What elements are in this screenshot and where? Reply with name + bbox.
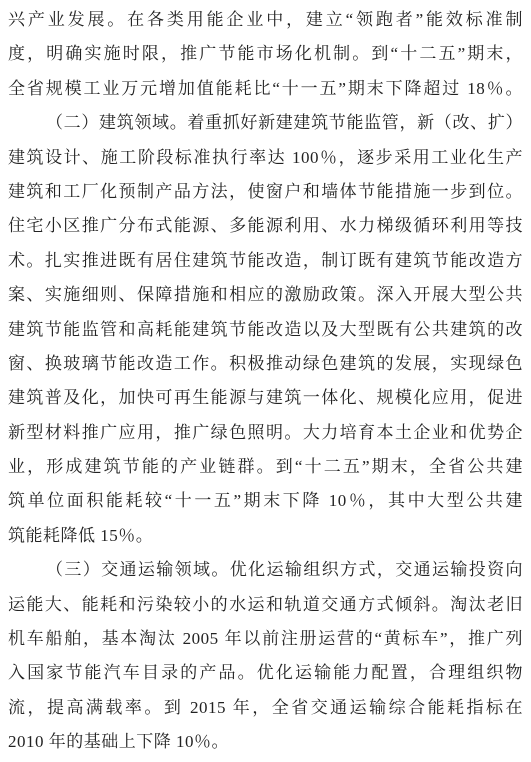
text-line: 建筑节能监管和高耗能建筑节能改造以及大型既有公共建筑的改 <box>8 313 523 347</box>
paragraph-continuation: 兴产业发展。在各类用能企业中，建立“领跑者”能效标准制 度，明确实施时限，推广节… <box>8 3 523 106</box>
document-page: 兴产业发展。在各类用能企业中，建立“领跑者”能效标准制 度，明确实施时限，推广节… <box>0 0 531 762</box>
text-line: 2010 年的基础上下降 10％。 <box>8 725 523 759</box>
text-line: 流，提高满载率。到 2015 年，全省交通运输综合能耗指标在 <box>8 691 523 725</box>
text-line: 建筑普及化，加快可再生能源与建筑一体化、规模化应用，促进 <box>8 381 523 415</box>
text-line: 运能大、能耗和污染较小的水运和轨道交通方式倾斜。淘汰老旧 <box>8 588 523 622</box>
text-line: 兴产业发展。在各类用能企业中，建立“领跑者”能效标准制 <box>8 3 523 37</box>
text-line: 入国家节能汽车目录的产品。优化运输能力配置，合理组织物 <box>8 656 523 690</box>
text-line: 新型材料推广应用，推广绿色照明。大力培育本土企业和优势企 <box>8 416 523 450</box>
text-line: （三）交通运输领域。优化运输组织方式，交通运输投资向 <box>8 553 523 587</box>
text-line: 建筑设计、施工阶段标准执行率达 100％，逐步采用工业化生产 <box>8 141 523 175</box>
text-line: 机车船舶，基本淘汰 2005 年以前注册运营的“黄标车”，推广列 <box>8 622 523 656</box>
text-line: 住宅小区推广分布式能源、多能源利用、水力梯级循环利用等技 <box>8 209 523 243</box>
text-line: 全省规模工业万元增加值能耗比“十一五”期末下降超过 18％。 <box>8 72 523 106</box>
text-line: 案、实施细则、保障措施和相应的激励政策。深入开展大型公共 <box>8 278 523 312</box>
text-line: （二）建筑领域。着重抓好新建建筑节能监管，新（改、扩） <box>8 106 523 140</box>
text-line: 窗、换玻璃节能改造工作。积极推动绿色建筑的发展，实现绿色 <box>8 347 523 381</box>
text-line: 筑单位面积能耗较“十一五”期末下降 10％，其中大型公共建 <box>8 484 523 518</box>
text-line: 业，形成建筑节能的产业链群。到“十二五”期末，全省公共建 <box>8 450 523 484</box>
text-line: 筑能耗降低 15％。 <box>8 519 523 553</box>
text-line: 术。扎实推进既有居住建筑节能改造，制订既有建筑节能改造方 <box>8 244 523 278</box>
text-line: 度，明确实施时限，推广节能市场化机制。到“十二五”期末， <box>8 37 523 71</box>
paragraph-transport-sector: （三）交通运输领域。优化运输组织方式，交通运输投资向 运能大、能耗和污染较小的水… <box>8 553 523 759</box>
paragraph-building-sector: （二）建筑领域。着重抓好新建建筑节能监管，新（改、扩） 建筑设计、施工阶段标准执… <box>8 106 523 553</box>
text-line: 建筑和工厂化预制产品方法，使窗户和墙体节能措施一步到位。 <box>8 175 523 209</box>
